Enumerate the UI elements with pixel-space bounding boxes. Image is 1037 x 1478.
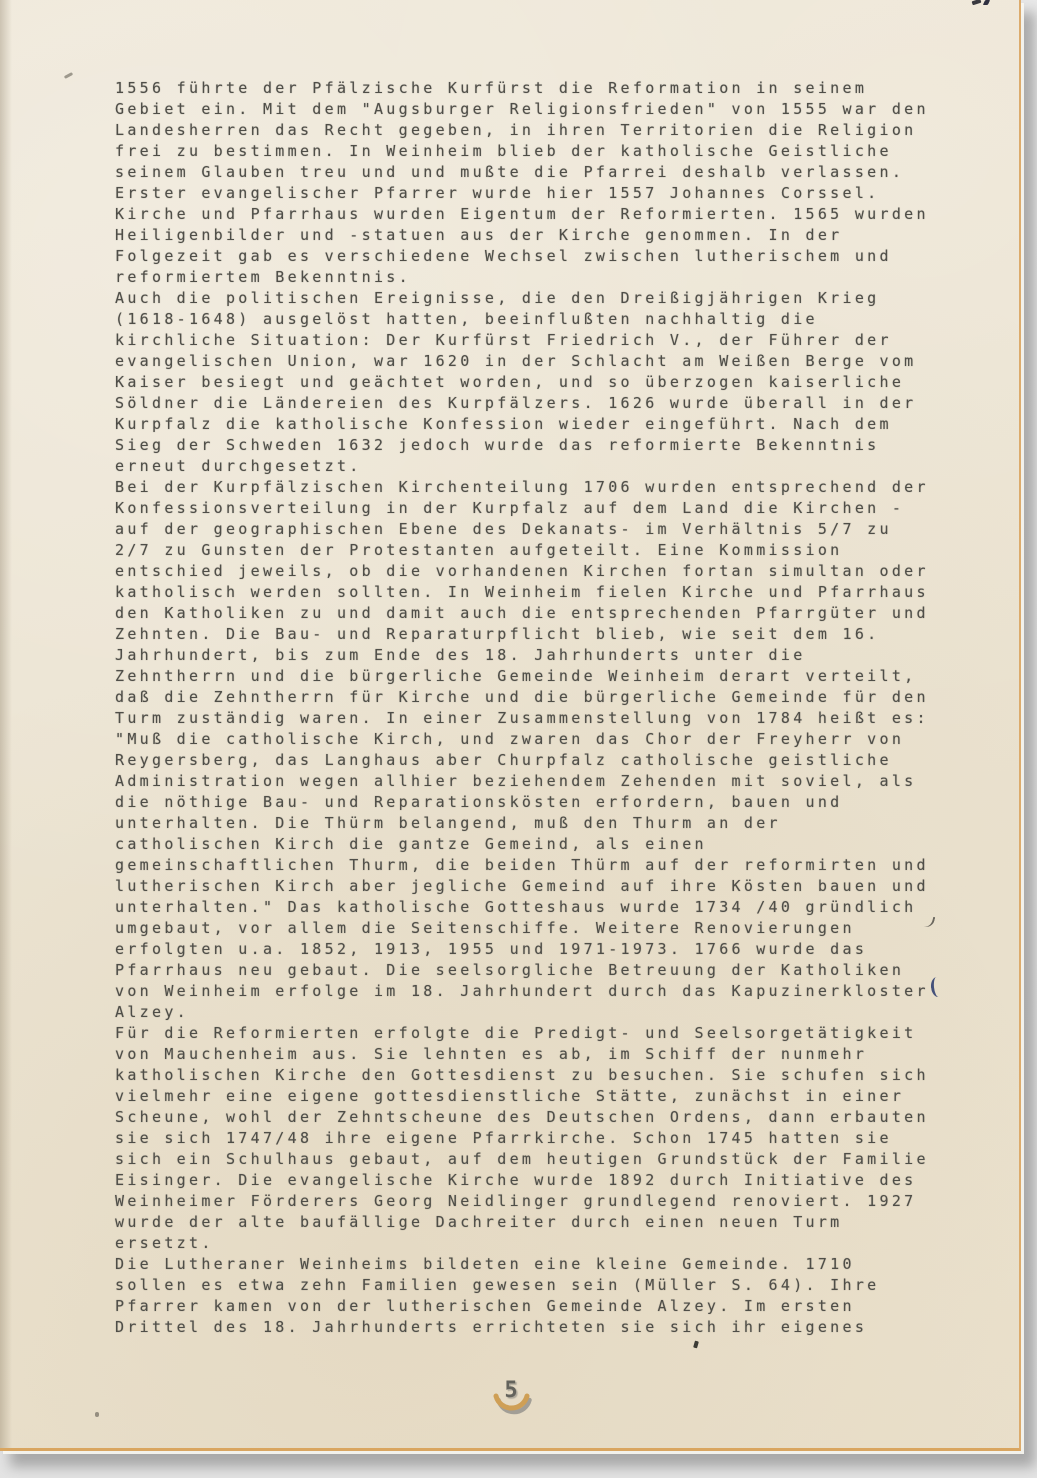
typewritten-text: 1556 führte der Pfälzische Kurfürst die … [115,78,955,1338]
scan-edge-shadow [0,0,12,1448]
page-number-group: 5 [486,1378,536,1424]
paragraph-lutheraner: Die Lutheraner Weinheims bildeten eine k… [115,1254,955,1338]
paper-speck [64,72,73,79]
paragraph-thirty-years-war: Auch die politischen Ereignisse, die den… [115,288,955,477]
document-page: 1556 führte der Pfälzische Kurfürst die … [0,0,1021,1451]
pen-mark-dot [693,1341,699,1349]
page-number: 5 [486,1378,536,1403]
scan-background: 1556 führte der Pfälzische Kurfürst die … [0,0,1037,1478]
paragraph-reformation-1556: 1556 führte der Pfälzische Kurfürst die … [115,78,955,288]
corner-pen-mark [970,0,990,7]
paragraph-reformierte: Für die Reformierten erfolgte die Predig… [115,1023,955,1254]
paragraph-kirchenteilung-1706: Bei der Kurpfälzischen Kirchenteilung 17… [115,477,955,1023]
paper-speck [95,1412,99,1417]
